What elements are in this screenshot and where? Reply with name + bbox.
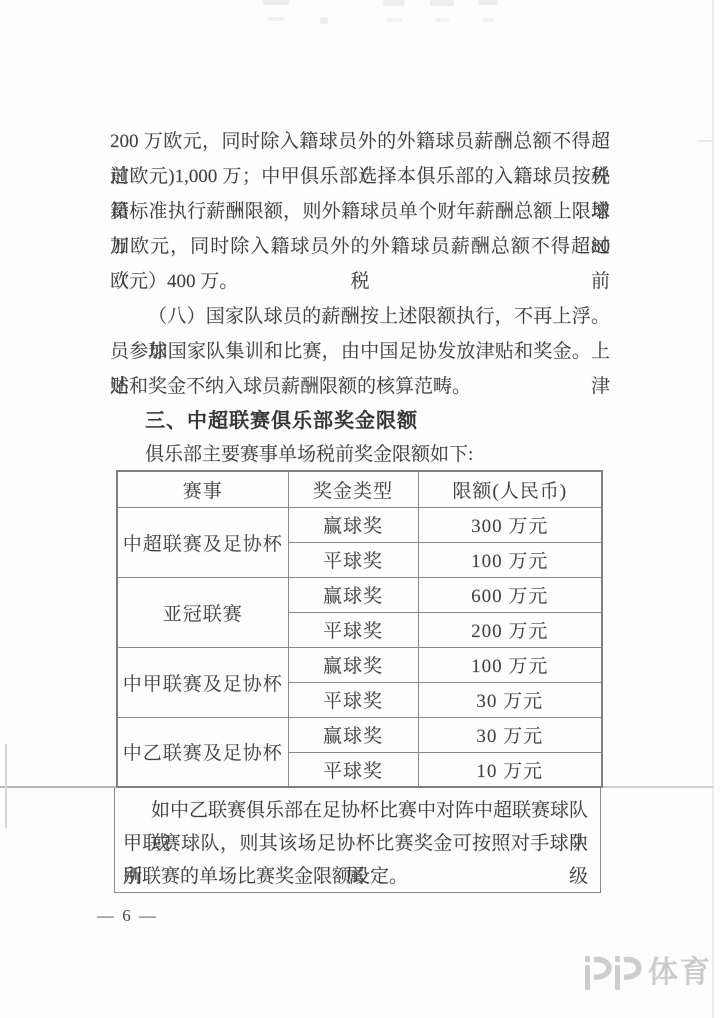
paragraph-line: 200 万欧元，同时除入籍球员外的外籍球员薪酬总额不得超过（税: [110, 124, 610, 159]
limit-cell: 600 万元: [418, 577, 602, 612]
column-header-event: 赛事: [117, 471, 288, 507]
pp-sports-logo-icon: [583, 953, 645, 993]
paragraph-line: 前欧元)1,000 万；中甲俱乐部选择本俱乐部的入籍球员按外籍球: [110, 159, 610, 194]
paragraph-line: （八）国家队球员的薪酬按上述限额执行，不再上浮。球: [110, 299, 610, 334]
limit-cell: 100 万元: [418, 542, 602, 577]
document-page: 200 万欧元，同时除入籍球员外的外籍球员薪酬总额不得超过（税 前欧元)1,00…: [0, 0, 720, 1018]
scan-smudge: [478, 0, 498, 5]
scan-line-right: [601, 786, 713, 788]
scan-smudge: [268, 17, 284, 21]
table-row: 亚冠联赛 赢球奖 600 万元: [117, 577, 602, 612]
limit-cell: 10 万元: [418, 752, 602, 787]
table-row: 中甲联赛及足协杯 赢球奖 100 万元: [117, 647, 602, 682]
limit-cell: 100 万元: [418, 647, 602, 682]
scan-tick: [697, 140, 713, 142]
body-text: 200 万欧元，同时除入籍球员外的外籍球员薪酬总额不得超过（税 前欧元)1,00…: [110, 124, 610, 404]
section-heading: 三、中超联赛俱乐部奖金限额: [110, 406, 610, 436]
table-header-row: 赛事 奖金类型 限额(人民币): [117, 471, 602, 507]
event-cell: 亚冠联赛: [117, 577, 288, 647]
bonus-limit-table: 赛事 奖金类型 限额(人民币) 中超联赛及足协杯 赢球奖 300 万元 平球奖 …: [116, 470, 603, 788]
bonus-type-cell: 赢球奖: [288, 647, 418, 682]
column-header-bonus-type: 奖金类型: [288, 471, 418, 507]
scan-smudge: [387, 18, 402, 22]
limit-cell: 30 万元: [418, 717, 602, 752]
bonus-type-cell: 平球奖: [288, 682, 418, 717]
scan-smudge: [430, 0, 454, 6]
table-note-box: 如中乙联赛俱乐部在足协杯比赛中对阵中超联赛球队或中 甲联赛球队，则其该场足协杯比…: [114, 788, 601, 893]
table-row: 中乙联赛及足协杯 赢球奖 30 万元: [117, 717, 602, 752]
table-intro: 俱乐部主要赛事单场税前奖金限额如下:: [110, 440, 610, 470]
bonus-type-cell: 赢球奖: [288, 577, 418, 612]
column-header-limit: 限额(人民币): [418, 471, 602, 507]
event-cell: 中乙联赛及足协杯: [117, 717, 288, 787]
watermark-text: 体育: [648, 953, 712, 993]
scan-smudge: [483, 18, 495, 22]
event-cell: 中甲联赛及足协杯: [117, 647, 288, 717]
scan-line-edge: [5, 744, 7, 828]
scan-smudge: [383, 0, 405, 6]
limit-cell: 200 万元: [418, 612, 602, 647]
paragraph-line: 员参加国家队集训和比赛，由中国足协发放津贴和奖金。上述津: [110, 334, 610, 369]
paragraph-line: 万欧元，同时除入籍球员外的外籍球员薪酬总额不得超过（税前: [110, 229, 610, 264]
page-number: — 6 —: [97, 903, 158, 929]
table-row: 中超联赛及足协杯 赢球奖 300 万元: [117, 507, 602, 542]
limit-cell: 300 万元: [418, 507, 602, 542]
page-edge-shadow: [712, 0, 714, 1018]
bonus-type-cell: 赢球奖: [288, 717, 418, 752]
bonus-type-cell: 平球奖: [288, 752, 418, 787]
bonus-type-cell: 平球奖: [288, 612, 418, 647]
scan-line-left: [0, 786, 116, 788]
bonus-type-cell: 赢球奖: [288, 507, 418, 542]
note-line: 如中乙联赛俱乐部在足协杯比赛中对阵中超联赛球队或中: [123, 794, 588, 827]
paragraph-line: 员标准执行薪酬限额，则外籍球员单个财年薪酬总额上限增加 80: [110, 194, 610, 229]
note-line: 甲联赛球队，则其该场足协杯比赛奖金可按照对手球队所属级: [123, 827, 588, 860]
scan-smudge: [320, 17, 328, 24]
event-cell: 中超联赛及足协杯: [117, 507, 288, 577]
limit-cell: 30 万元: [418, 682, 602, 717]
scan-smudge: [263, 0, 289, 5]
bonus-type-cell: 平球奖: [288, 542, 418, 577]
scan-smudge: [436, 18, 449, 22]
watermark: 体育: [583, 953, 712, 993]
